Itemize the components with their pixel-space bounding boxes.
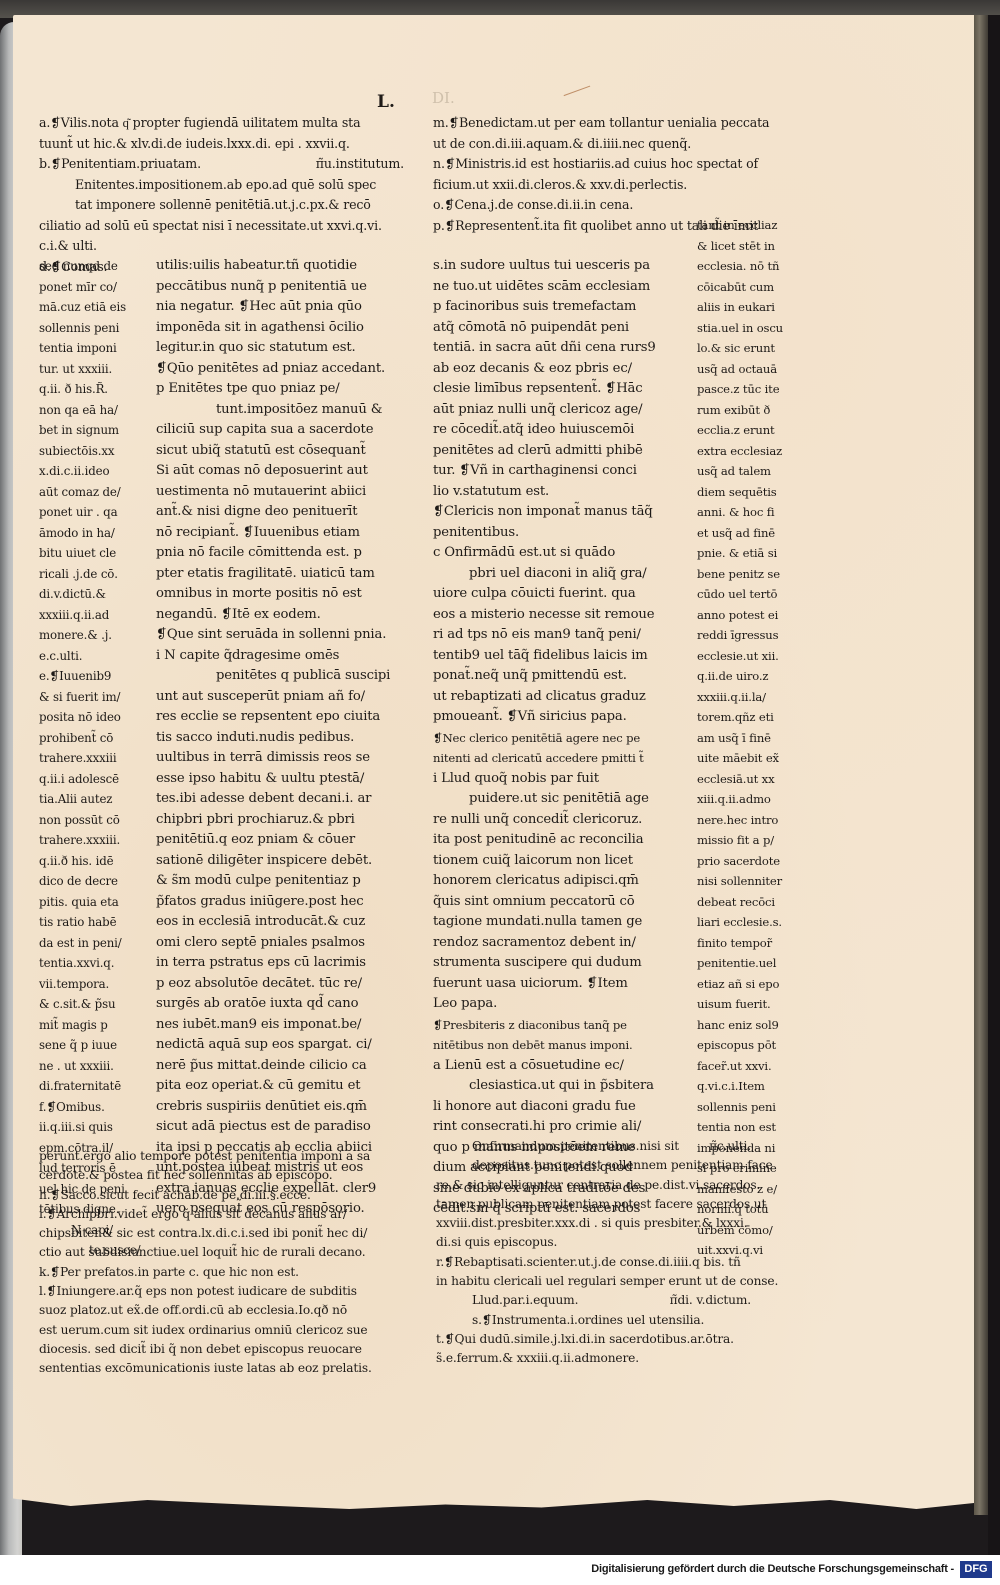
text-line: aūt pniaz nulli unq̃ clericoz age/ xyxy=(433,400,673,421)
text-line: tis sacco induti.nudis pedibus. xyxy=(156,728,406,749)
gloss-line: prohibent̃ cō xyxy=(39,728,139,749)
dfg-logo-icon[interactable]: DFG xyxy=(960,1561,992,1578)
text-line: tentiā. in sacra aūt dñi cena rurs9 xyxy=(433,338,673,359)
gloss-line: xxxiii.q.ii.ad xyxy=(39,605,139,626)
text-line: re nulli unq̃ concedit̃ clericoruz. xyxy=(433,810,673,831)
gloss-line: f.❡Omibus. xyxy=(39,1097,139,1118)
text-line: nedictā aquā sup eos spargat. ci/ xyxy=(156,1035,406,1056)
gloss-note: π̃c.ulti. xyxy=(709,1137,751,1156)
text-line: surgēs ab oratōe iuxta qd̃ cano xyxy=(156,994,406,1015)
gloss-line: cerdote.& postea fit hec sollennitas ab … xyxy=(39,1166,399,1185)
text-line: q̃uis sint omnium peccatorū cō xyxy=(433,892,673,913)
text-line: rendoz sacramentoz debent in/ xyxy=(433,933,673,954)
gloss-line: di.v.dictū.& xyxy=(39,584,139,605)
gloss-line: ecclesiā.ut xx xyxy=(697,769,797,790)
text-line: i N capite q̃dragesime omēs xyxy=(156,646,406,667)
text-line: sicut ubiq̃ statutū est cōsequant̃ xyxy=(156,441,406,462)
text-line: i Llud quoq̃ nobis par fuit xyxy=(433,769,673,790)
gloss-line: nere.hec intro xyxy=(697,810,797,831)
gloss-line: Onfirmandum.penitentibus.nisi sit π̃c.ul… xyxy=(436,1137,791,1156)
text-line: rint consecrati.hi pro crimie ali/ xyxy=(433,1117,673,1138)
rubric-heading: penitentibus. xyxy=(433,523,673,544)
text-line: chipbri pbri prochiaruz.& pbri xyxy=(156,810,406,831)
gloss-line: tant̃ in eccliaz xyxy=(697,215,797,236)
footer-bar: Digitalisierung gefördert durch die Deut… xyxy=(0,1555,1000,1585)
text-line: sationē diligēter inspicere debēt. xyxy=(156,851,406,872)
gloss-line: tat imponere sollennē penitētiā.ut.j.c.p… xyxy=(39,195,404,216)
text-line: omnibus in morte positis nō est xyxy=(156,584,406,605)
bottom-left-glosses: perunt.ergo alio tempore potest penitent… xyxy=(39,1147,399,1379)
text-line: res ecclie se repsentent epo ciuita xyxy=(156,707,406,728)
gloss-line: tamen publicam penitentiam potest facere… xyxy=(436,1195,791,1214)
gloss-line: q.ii.i adolescē xyxy=(39,769,139,790)
gloss-line: rum exibūt ð xyxy=(697,400,797,421)
gloss-line: bene penitz se xyxy=(697,564,797,585)
gloss-line: et usq̃ ad finē xyxy=(697,523,797,544)
funding-credit: Digitalisierung gefördert durch die Deut… xyxy=(591,1563,954,1575)
gloss-line: e.❡Iuuenib9 xyxy=(39,666,139,687)
gloss-line: ne . ut xxxiii. xyxy=(39,1056,139,1077)
text-line: ant̃.& nisi digne deo penituerīt xyxy=(156,502,406,523)
gloss-line: cōicabūt cum xyxy=(697,277,797,298)
gloss-line: usq̃ ad talem xyxy=(697,461,797,482)
text-line: re cōcedit̃.atq̃ ideo huiuscemōi xyxy=(433,420,673,441)
text-line: ri ad tps nō eis man9 tanq̃ peni/ xyxy=(433,625,673,646)
gloss-line: sententias excōmunicationis iuste latas … xyxy=(39,1359,399,1378)
text-line: esse ipso habitu & uultu ptestā/ xyxy=(156,769,406,790)
gloss-line: ricali .j.de cō. xyxy=(39,564,139,585)
text-line: tionem cuiq̃ laicorum non licet xyxy=(433,851,673,872)
rubric-heading: ❡Que sint seruāda in sollenni pnia. xyxy=(156,625,406,646)
gloss-line: c.i.& ulti. xyxy=(39,236,404,257)
gloss-line: diocesis. sed dicit̃ ibi q̃ non debet ep… xyxy=(39,1340,399,1359)
text-line: ut rebaptizati ad clicatus graduz xyxy=(433,687,673,708)
page-fore-edge xyxy=(974,15,988,1515)
text-line: uultibus in terrā dimissis reos se xyxy=(156,748,406,769)
text-line: penitētes q publicā suscipi xyxy=(156,666,406,687)
gloss-line: m.❡Benedictam.ut per eam tollantur uenia… xyxy=(433,113,793,134)
text-line: unt aut susceperūt pniam añ fo/ xyxy=(156,687,406,708)
text-line: Si aūt comas nō deposuerint aut xyxy=(156,461,406,482)
gloss-line: āmodo in ha/ xyxy=(39,523,139,544)
text-line: penitētiū.q eoz pniam & cōuer xyxy=(156,830,406,851)
gloss-line: n.❡Ministris.id est hostiariis.ad cuius … xyxy=(433,154,793,175)
text-line: utilis:uilis habeatur.tñ quotidie xyxy=(156,256,406,277)
gloss-line: q.ii.de uiro.z xyxy=(697,666,797,687)
gloss-line: mā.cuz etiā eis xyxy=(39,297,139,318)
text-line: ponat̃.neq̃ unq̃ pmittendū est. xyxy=(433,666,673,687)
text-line: p eoz absolutōe decātet. tūc re/ xyxy=(156,974,406,995)
rubric-heading: ❡Nec clerico penitētiā agere nec pe xyxy=(433,728,673,749)
top-left-glosses: a.❡Vilis.nota q͂ propter fugiendā uilita… xyxy=(39,113,404,277)
gloss-line: stia.uel in oscu xyxy=(697,318,797,339)
text-line: s.in sudore uultus tui uesceris pa xyxy=(433,256,673,277)
gloss-line: non possūt cō xyxy=(39,810,139,831)
scan-background: DI. L. a.❡Vilis.nota q͂ propter fugiendā… xyxy=(0,0,1000,1555)
gloss-line: xiii.q.ii.admo xyxy=(697,789,797,810)
text-line: ciliciū sup capita sua a sacerdote xyxy=(156,420,406,441)
gloss-line: lo.& sic erunt xyxy=(697,338,797,359)
gloss-line: h.❡Sacco.sicut fecit achab.de pe.di.iii.… xyxy=(39,1186,399,1205)
rubric-heading: nitētibus non debēt manus imponi. xyxy=(433,1035,673,1056)
gloss-line: facer̃.ut xxvi. xyxy=(697,1056,797,1077)
gloss-line: posita nō ideo xyxy=(39,707,139,728)
text-line: p̃fatos gradus iniūgere.post hec xyxy=(156,892,406,913)
gloss-line: sollennis peni xyxy=(697,1097,797,1118)
text-line: fuerunt uasa uiciorum. ❡Item xyxy=(433,974,673,995)
gloss-line: cūdo uel tertō xyxy=(697,584,797,605)
gloss-line: q.ii.ð his. idē xyxy=(39,851,139,872)
gloss-line: tentia imponi xyxy=(39,338,139,359)
text-line: tunt.impositōez manuū & xyxy=(156,400,406,421)
gloss-line: penitentie.uel xyxy=(697,953,797,974)
gloss-line: ii.q.iii.si quis xyxy=(39,1117,139,1138)
gloss-line: trahere.xxxiii. xyxy=(39,830,139,851)
gloss-line: tur. ut xxxiii. xyxy=(39,359,139,380)
gloss-line: debeat recōci xyxy=(697,892,797,913)
gloss-line: di.si quis episcopus. xyxy=(436,1233,791,1252)
gloss-line: bitu uiuet cle xyxy=(39,543,139,564)
gloss-line: diem sequētis xyxy=(697,482,797,503)
gloss-text: b.❡Penitentiam.priuatam. xyxy=(39,156,201,171)
text-line: nō recipiant̃. ❡Iuuenibus etiam xyxy=(156,523,406,544)
gloss-line: trahere.xxxiii xyxy=(39,748,139,769)
folio-number: L. xyxy=(377,92,395,112)
gloss-line: ponet mīr co/ xyxy=(39,277,139,298)
gloss-line: s.❡Instrumenta.i.ordines uel utensilia. xyxy=(436,1311,791,1330)
text-line: uiore culpa cōuicti fuerint. qua xyxy=(433,584,673,605)
text-line: tagione mundati.nulla tamen ge xyxy=(433,912,673,933)
text-line: nes iubēt.man9 eis imponat.be/ xyxy=(156,1015,406,1036)
text-line: Leo papa. xyxy=(433,994,673,1015)
text-line: penitētes ad clerū admitti phibē xyxy=(433,441,673,462)
gloss-line: pasce.z tūc ite xyxy=(697,379,797,400)
gloss-line: xxxiii.q.ii.la/ xyxy=(697,687,797,708)
text-line: tes.ibi adesse debent decani.i. ar xyxy=(156,789,406,810)
gloss-line: aūt comaz de/ xyxy=(39,482,139,503)
gloss-line: pnie. & etiā si xyxy=(697,543,797,564)
gloss-line: Enitentes.impositionem.ab epo.ad quē sol… xyxy=(39,175,404,196)
rubric-heading: ❡Clericis non imponat̃ manus tāq̃ xyxy=(433,502,673,523)
gloss-line: ut de con.di.iii.aquam.& di.iiii.nec que… xyxy=(433,134,793,155)
gloss-line: tentia.xxvi.q. xyxy=(39,953,139,974)
gloss-line: in habitu clericali uel regulari semper … xyxy=(436,1272,791,1291)
gloss-line: extra ecclesiaz xyxy=(697,441,797,462)
gloss-text: Onfirmandum.penitentibus.nisi sit xyxy=(472,1139,679,1153)
text-line: pter etatis fragilitatē. uiaticū tam xyxy=(156,564,406,585)
text-line: clesie limībus repsentent̃. ❡Hāc xyxy=(433,379,673,400)
gloss-line: monere.& .j. xyxy=(39,625,139,646)
text-line: ita post penitudinē ac reconcilia xyxy=(433,830,673,851)
bottom-right-glosses: Onfirmandum.penitentibus.nisi sit π̃c.ul… xyxy=(436,1137,791,1369)
gloss-line: ecclesie.ut xii. xyxy=(697,646,797,667)
rubric-heading: nitenti ad clericatū accedere pmitti t̃ xyxy=(433,748,673,769)
gloss-line: i.❡Archipbri.videt̃ ergo q̃ alius sit de… xyxy=(39,1205,399,1224)
text-line: ab eoz decanis & eoz pbris ec/ xyxy=(433,359,673,380)
text-line: p Enitētes tpe quo pniaz pe/ xyxy=(156,379,406,400)
gloss-line: tentia non est xyxy=(697,1117,797,1138)
gloss-line: ecclia.z erunt xyxy=(697,420,797,441)
gloss-line: ficium.ut xxii.di.cleros.& xxv.di.perlec… xyxy=(433,175,793,196)
gloss-line: sene q̃ p iuue xyxy=(39,1035,139,1056)
text-line: in terra pstratus eps cū lacrimis xyxy=(156,953,406,974)
rubric-heading: ❡Qūo penitētes ad pniaz accedant. xyxy=(156,359,406,380)
text-line: crebris suspiriis denūtiet eis.qm̄ xyxy=(156,1097,406,1118)
gloss-line: o.❡Cena.j.de conse.di.ii.in cena. xyxy=(433,195,793,216)
gloss-line: tis ratio habē xyxy=(39,912,139,933)
text-line: ne tuo.ut uidētes scām ecclesiam xyxy=(433,277,673,298)
scan-right-border xyxy=(988,15,1000,1555)
gloss-line: pitis. quia eta xyxy=(39,892,139,913)
gloss-line: r.❡Rebaptisati.scienter.ut.j.de conse.di… xyxy=(436,1253,791,1272)
gloss-line: tia.Alii autez xyxy=(39,789,139,810)
gloss-line: & licet stēt in xyxy=(697,236,797,257)
gloss-line: am usq̃ ī finē xyxy=(697,728,797,749)
gloss-line: non qa eā ha/ xyxy=(39,400,139,421)
gloss-line: a.❡Vilis.nota q͂ propter fugiendā uilita… xyxy=(39,113,404,134)
gloss-line: etiaz añ si epo xyxy=(697,974,797,995)
gloss-line: nisi sollenniter xyxy=(697,871,797,892)
gloss-line: liari ecclesie.s. xyxy=(697,912,797,933)
gloss-line: depositus.tunc potest sollennem penitent… xyxy=(436,1156,791,1175)
gloss-line: est uerum.cum sit iudex ordinarius omniū… xyxy=(39,1321,399,1340)
text-line: honorem clericatus adipisci.qm̄ xyxy=(433,871,673,892)
text-line: p facinoribus suis tremefactam xyxy=(433,297,673,318)
gloss-line: vii.tempora. xyxy=(39,974,139,995)
text-line: pita eoz operiat.& cū gemitu et xyxy=(156,1076,406,1097)
gloss-line: uisum fuerit. xyxy=(697,994,797,1015)
gloss-line: x.di.c.ii.ideo xyxy=(39,461,139,482)
text-line: peccātibus nunq̃ p penitentiā ue xyxy=(156,277,406,298)
text-line: & s̃m modū culpe penitentiaz p xyxy=(156,871,406,892)
text-line: eos a misterio necesse sit remoue xyxy=(433,605,673,626)
text-line: nerē p̃us mittat.deinde cilicio ca xyxy=(156,1056,406,1077)
gloss-line: perunt.ergo alio tempore potest penitent… xyxy=(39,1147,399,1166)
gloss-line: uite māebit ex̃ xyxy=(697,748,797,769)
gloss-line: hanc eniz sol9 xyxy=(697,1015,797,1036)
gloss-line: s̃.e.ferrum.& xxxiii.q.ii.admonere. xyxy=(436,1349,791,1368)
gloss-line: Llud.par.i.equum. π̃di. v.dictum. xyxy=(436,1291,791,1310)
gloss-line: bet in signum xyxy=(39,420,139,441)
folio-ghost: DI. xyxy=(432,89,455,107)
text-line: tentib9 uel tāq̃ fidelibus laicis im xyxy=(433,646,673,667)
text-line: pbri uel diaconi in aliq̃ gra/ xyxy=(433,564,673,585)
gloss-note: π̃di. v.dictum. xyxy=(670,1291,751,1310)
main-text-column-right: s.in sudore uultus tui uesceris pa ne tu… xyxy=(433,256,673,1220)
text-line: li honore aut diaconi gradu fue xyxy=(433,1097,673,1118)
gloss-line: anno potest ei xyxy=(697,605,797,626)
gloss-line: q.vi.c.i.Item xyxy=(697,1076,797,1097)
text-line: c Onfirmādū est.ut si quādo xyxy=(433,543,673,564)
gloss-line: & si fuerit im/ xyxy=(39,687,139,708)
gloss-line: dico de decre xyxy=(39,871,139,892)
text-line: imponēda sit in agathensi ōcilio xyxy=(156,318,406,339)
text-line: atq̃ cōmotā nō puipendāt peni xyxy=(433,318,673,339)
gloss-line: suoz platoz.ut ex̃.de off.ordi.cū ab ecc… xyxy=(39,1301,399,1320)
gloss-line: & c.sit.& p̃su xyxy=(39,994,139,1015)
text-line: nia negatur. ❡Hec aūt pnia qūo xyxy=(156,297,406,318)
text-line: a Lienū est a cōsuetudine ec/ xyxy=(433,1056,673,1077)
gloss-line: t.❡Qui dudū.simile.j.lxi.di.in sacerdoti… xyxy=(436,1330,791,1349)
gloss-line: episcopus pōt xyxy=(697,1035,797,1056)
gloss-line: tuunt̃ ut hic.& xlv.di.de iudeis.lxxx.di… xyxy=(39,134,404,155)
gloss-line: anni. & hoc fi xyxy=(697,502,797,523)
text-line: clesiastica.ut qui in p̃sbitera xyxy=(433,1076,673,1097)
gloss-line: reddi īgressus xyxy=(697,625,797,646)
gloss-line: b.❡Penitentiam.priuatam. π̃u.institutum. xyxy=(39,154,404,175)
gloss-line: ponet uir . qa xyxy=(39,502,139,523)
text-line: pmoueant̃. ❡Vñ siricius papa. xyxy=(433,707,673,728)
gloss-line: mit̃ magis p xyxy=(39,1015,139,1036)
text-line: negandū. ❡Itē ex eodem. xyxy=(156,605,406,626)
text-line: lio v.statutum est. xyxy=(433,482,673,503)
gloss-line: chipsbiter.& sic est contra.lx.di.c.i.se… xyxy=(39,1224,399,1243)
text-line: strumenta suscipere qui dudum xyxy=(433,953,673,974)
text-line: uestimenta nō mutauerint abiici xyxy=(156,482,406,503)
text-line: sicut adā piectus est de paradiso xyxy=(156,1117,406,1138)
right-margin-gloss: tant̃ in eccliaz & licet stēt in ecclesi… xyxy=(697,215,797,1261)
text-line: tur. ❡Vñ in carthaginensi conci xyxy=(433,461,673,482)
gloss-line: sollennis peni xyxy=(39,318,139,339)
gloss-line: re.& sic intelliguntur contraria de pe.d… xyxy=(436,1176,791,1195)
gloss-line: e.c.ulti. xyxy=(39,646,139,667)
gloss-line: subiectōis.xx xyxy=(39,441,139,462)
left-margin-gloss: sed nunqd de ponet mīr co/ mā.cuz etiā e… xyxy=(39,256,139,1261)
gloss-line: finito tempor̃ xyxy=(697,933,797,954)
gloss-line: missio fit a p/ xyxy=(697,830,797,851)
rubric-heading: ❡Presbiteris z diaconibus tanq̃ pe xyxy=(433,1015,673,1036)
text-line: eos in ecclesiā introducāt.& cuz xyxy=(156,912,406,933)
text-line: omi clero septē pniales psalmos xyxy=(156,933,406,954)
gloss-line: usq̃ ad octauā xyxy=(697,359,797,380)
main-text-column-left: utilis:uilis habeatur.tñ quotidie peccāt… xyxy=(156,256,406,1220)
gloss-line: k.❡Per prefatos.in parte c. que hic non … xyxy=(39,1263,399,1282)
gloss-line: xxviii.dist.presbiter.xxx.di . si quis p… xyxy=(436,1214,791,1233)
text-line: pnia nō facile cōmittenda est. p xyxy=(156,543,406,564)
gloss-line: ecclesia. nō tñ xyxy=(697,256,797,277)
gloss-line: ctio aut subdisiunctiue.uel loquit̃ hic … xyxy=(39,1243,399,1262)
gloss-line: torem.qñz eti xyxy=(697,707,797,728)
text-line: puidere.ut sic penitētiā age xyxy=(433,789,673,810)
gloss-line: aliis in eukari xyxy=(697,297,797,318)
gloss-line: di.fraternitatē xyxy=(39,1076,139,1097)
gloss-line: da est in peni/ xyxy=(39,933,139,954)
gloss-line: sed nunqd de xyxy=(39,256,139,277)
gloss-line: ciliatio ad solū eū spectat nisi ī neces… xyxy=(39,216,404,237)
gloss-line: l.❡Iniungere.ar.q̃ eps non potest iudica… xyxy=(39,1282,399,1301)
gloss-text: Llud.par.i.equum. xyxy=(472,1293,578,1307)
gloss-line: prio sacerdote xyxy=(697,851,797,872)
gloss-line: q.ii. ð his.R̃. xyxy=(39,379,139,400)
text-line: legitur.in quo sic statutum est. xyxy=(156,338,406,359)
gloss-note: π̃u.institutum. xyxy=(316,154,404,175)
